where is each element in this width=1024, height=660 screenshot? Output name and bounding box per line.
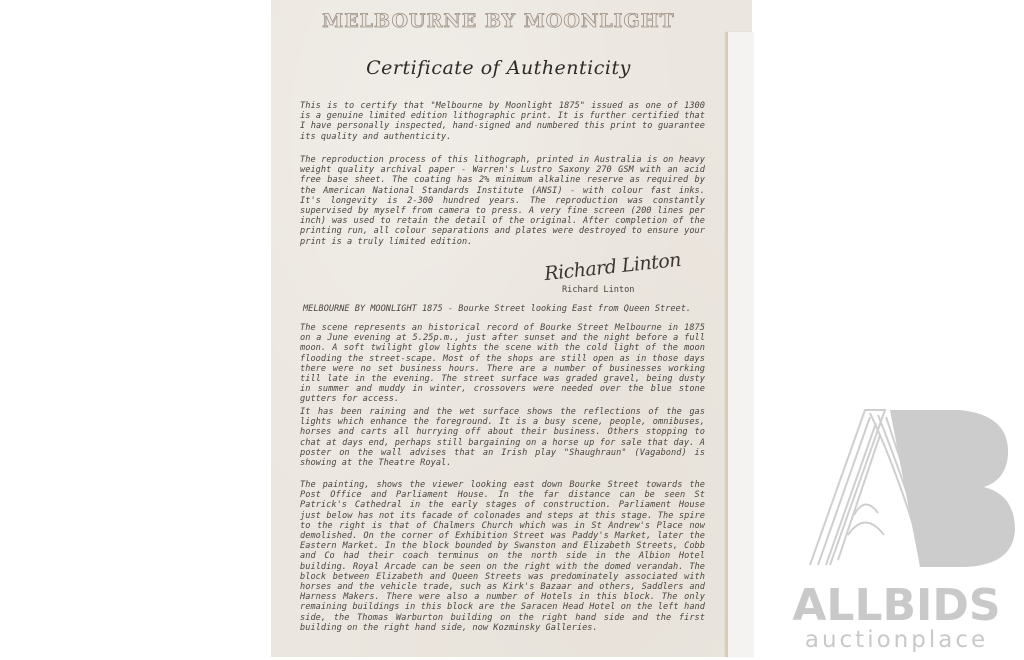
description-paragraph-2: It has been raining and the wet surface …: [300, 407, 705, 468]
underlying-white-sheet: [726, 32, 754, 657]
certification-paragraph-1: This is to certify that "Melbourne by Mo…: [300, 101, 705, 142]
description-paragraph-1: The scene represents an historical recor…: [300, 323, 705, 405]
description-paragraph-3: The painting, shows the viewer looking e…: [300, 480, 705, 633]
watermark-brand: ALLBIDS: [774, 580, 1019, 631]
series-title: MELBOURNE BY MOONLIGHT: [271, 10, 726, 32]
watermark-tagline: auctionplace: [774, 627, 1019, 653]
certification-paragraph-2: The reproduction process of this lithogr…: [300, 155, 705, 247]
print-subtitle: MELBOURNE BY MOONLIGHT 1875 - Bourke Str…: [303, 304, 723, 314]
signatory-name: Richard Linton: [562, 285, 634, 295]
certificate-title: Certificate of Authenticity: [271, 57, 726, 79]
